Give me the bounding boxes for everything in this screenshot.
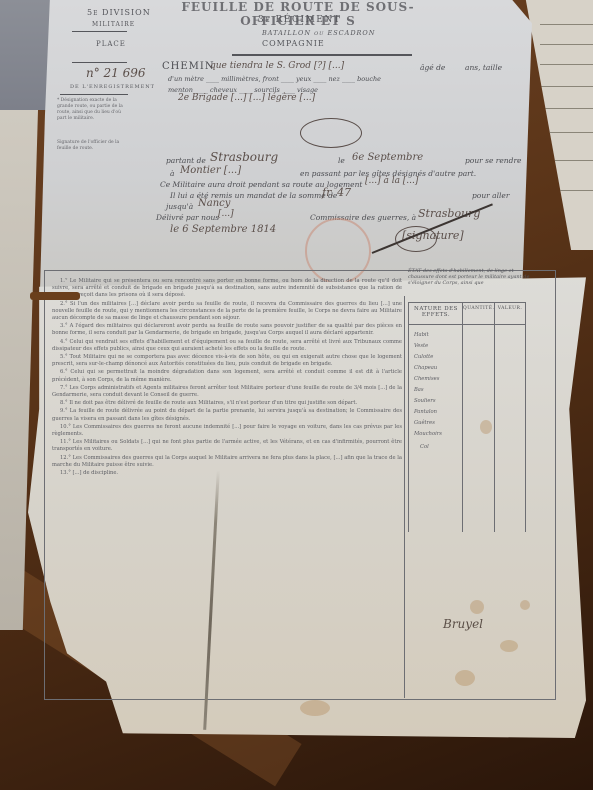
division-number: 5e (87, 8, 98, 17)
delivre-label: Délivré par nous (156, 213, 219, 222)
rule-10: 10.° Les Commissaires des guerres ne fer… (52, 424, 402, 438)
regiment-label: 3e RÉGIMENT (258, 15, 341, 25)
left-column-signature-note: Signature de l'officier de la feuille de… (57, 140, 125, 152)
destination-value: Montier [...] (180, 165, 241, 176)
rule-2: 2.° Si l'un des militaires [...] déclare… (52, 301, 402, 323)
divider (60, 94, 128, 95)
taille-label: ans, taille (465, 63, 502, 72)
rule-12: 12.° Les Commissaires des guerres qui la… (52, 455, 402, 469)
rule-3: 3.° A l'égard des militaires qui déclare… (52, 323, 402, 337)
delivre-officer: [...] (218, 209, 234, 219)
margin-handwritten-note: Bruyel (443, 617, 483, 631)
jusqua-value: Nancy (198, 198, 230, 209)
effect-row: Souliers (414, 398, 436, 404)
header-quantite: QUANTITÉ. (463, 306, 494, 311)
background-paper-edge (0, 110, 38, 630)
left-column-note: * Désignation exacte de la grande route,… (57, 98, 125, 122)
effect-row: Mouchoirs (414, 431, 442, 437)
jusqua-label: jusqu'à (166, 202, 193, 211)
division-label: 5e DIVISION (87, 8, 151, 17)
effect-row: Culotte (414, 354, 433, 360)
rendre-label: pour se rendre (465, 156, 521, 165)
divider (72, 62, 127, 63)
effects-state-caption: ÉTAT des effets d'habillement, de linge … (408, 268, 530, 298)
registration-number: n° 21 696 (86, 66, 146, 80)
pour-aller-label: pour aller (472, 191, 509, 200)
column-divider (404, 296, 406, 698)
division-text: DIVISION (102, 8, 151, 17)
header-divider (232, 54, 412, 56)
compagnie-label: COMPAGNIE (262, 39, 325, 48)
divider (72, 31, 127, 32)
rule-7: 7.° Les Corps administratifs et Agents m… (52, 385, 402, 399)
stain (500, 640, 518, 652)
age-label: âgé de (420, 63, 445, 72)
destination-prefix: à (170, 169, 174, 178)
rule-4: 4.° Celui qui vendrait ses effets d'habi… (52, 339, 402, 353)
effect-row: Habit (414, 332, 429, 338)
rule-13: 13.° [...] de discipline. (52, 470, 402, 477)
effect-row: Chemises (414, 376, 439, 382)
flourish-decoration (300, 118, 362, 148)
stain (520, 600, 530, 610)
stain (455, 670, 475, 686)
mandat-text: Il lui a été remis un mandat de la somme… (170, 191, 337, 200)
regiment-number: 3e (258, 15, 271, 25)
chemin-label: CHEMIN (162, 61, 215, 72)
chemin-value: que tiendra le S. Grod [?] [...] (210, 61, 344, 71)
date-label: le (338, 156, 345, 165)
bataillon-label: BATAILLON ou ESCADRON (262, 29, 375, 37)
rule-5: 5.° Tout Militaire qui ne se comportera … (52, 354, 402, 368)
effects-table: NATURE DES EFFETS. QUANTITÉ. VALEUR. Hab… (408, 302, 526, 532)
rule-9: 9.° La feuille de route délivrée au poin… (52, 408, 402, 422)
place-label: PLACE (96, 40, 126, 48)
header-valeur: VALEUR. (495, 306, 525, 311)
stain (300, 700, 330, 716)
signalement-line-1: d'un mètre ____ millimètres, front ____ … (168, 75, 381, 83)
enregistrement-label: DE L'ENREGISTREMENT (70, 84, 155, 90)
unit-handwritten: 2e Brigade [...] [...] légère [...] (178, 93, 315, 103)
departure-date: 6e Septembre (352, 152, 423, 163)
partant-label: partant de (166, 156, 206, 165)
rule-11: 11.° Les Militaires ou Soldats [...] qui… (52, 439, 402, 453)
torn-fold-edge (30, 292, 80, 300)
effect-row: Guêtres (414, 420, 435, 426)
militaire-label: MILITAIRE (92, 21, 135, 28)
header-nature: NATURE DES EFFETS. (410, 306, 462, 318)
mandat-amount: fr. 47 (322, 186, 351, 199)
rule-1: 1.° Le Militaire qui se présentera ou se… (52, 278, 402, 300)
effect-row: Bas (414, 387, 424, 393)
effect-row: Pantalon (414, 409, 437, 415)
regiment-text: RÉGIMENT (275, 15, 341, 25)
partant-value: Strasbourg (210, 150, 278, 164)
regulations-text: 1.° Le Militaire qui se présentera ou se… (52, 278, 402, 698)
stain (470, 600, 484, 614)
rule-8: 8.° Il ne doit pas être délivré de feuil… (52, 400, 402, 407)
effect-row: Veste (414, 343, 428, 349)
rule-6: 6.° Celui qui se permettrait la moindre … (52, 369, 402, 383)
logement-value: [...] à la [...] (365, 176, 418, 186)
effect-row: Chapeau (414, 365, 437, 371)
issue-date: le 6 Septembre 1814 (170, 224, 276, 235)
effect-row: Col (420, 444, 429, 450)
